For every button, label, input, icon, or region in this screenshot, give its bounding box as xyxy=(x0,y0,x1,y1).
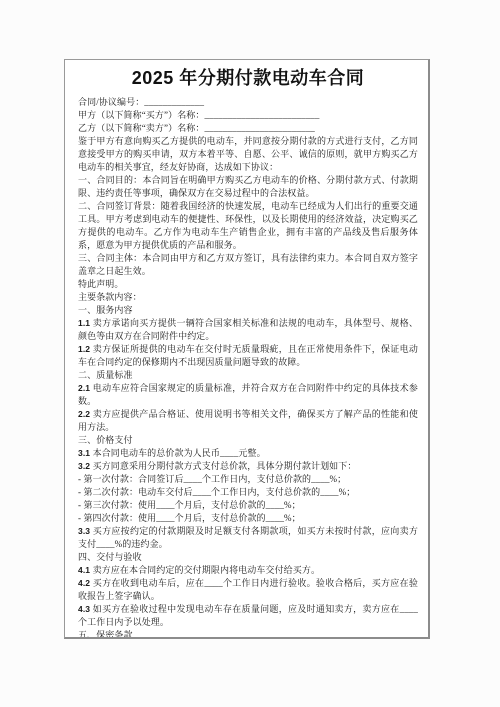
paragraph: 三、价格支付 xyxy=(78,434,418,447)
clause-paragraph: 3.2 买方同意采用分期付款方式支付总价款，具体分期付款计划如下： xyxy=(78,460,418,473)
contract-page: 2025 年分期付款电动车合同 合同/协议编号：_____________甲方（… xyxy=(64,59,430,639)
clause-number: 1.2 xyxy=(78,344,93,354)
paragraph: 合同/协议编号：_____________ xyxy=(78,96,418,109)
clause-number: 3.3 xyxy=(78,526,93,536)
paragraph: 特此声明。 xyxy=(78,278,418,291)
clause-number: 1.1 xyxy=(78,318,93,328)
clause-paragraph: 2.2 卖方应提供产品合格证、使用说明书等相关文件，确保买方了解产品的性能和使用… xyxy=(78,408,418,434)
clause-paragraph: 3.1 本合同电动车的总价款为人民币____元整。 xyxy=(78,447,418,460)
clause-number: 2.2 xyxy=(78,409,93,419)
paragraph: 甲方（以下简称“买方”）名称：_________________________ xyxy=(78,109,418,122)
paragraph: - 第三次付款：使用____个月后，支付总价款的____%； xyxy=(78,499,418,512)
paragraph: 四、交付与验收 xyxy=(78,551,418,564)
clause-paragraph: 1.1 卖方承诺向买方提供一辆符合国家相关标准和法规的电动车，具体型号、规格、颜… xyxy=(78,317,418,343)
clause-number: 4.2 xyxy=(78,578,93,588)
clause-paragraph: 3.3 买方应按约定的付款期限及时足额支付各期款项，如买方未按时付款，应向卖方支… xyxy=(78,525,418,551)
clause-number: 3.2 xyxy=(78,461,93,471)
paragraph: 二、合同签订背景：随着我国经济的快速发展，电动车已经成为人们出行的重要交通工具。… xyxy=(78,200,418,252)
clause-paragraph: 4.2 买方在收到电动车后，应在____个工作日内进行验收。验收合格后，买方应在… xyxy=(78,577,418,603)
clause-number: 4.1 xyxy=(78,565,93,575)
page-title: 2025 年分期付款电动车合同 xyxy=(78,64,418,90)
contract-body: 合同/协议编号：_____________甲方（以下简称“买方”）名称：____… xyxy=(78,96,418,639)
clause-number: 4.3 xyxy=(78,604,93,614)
clause-paragraph: 2.1 电动车应符合国家规定的质量标准，并符合双方在合同附件中约定的具体技术参数… xyxy=(78,382,418,408)
paragraph: 乙方（以下简称“卖方”）名称：________________________ xyxy=(78,122,418,135)
clause-number: 2.1 xyxy=(78,383,93,393)
paragraph: - 第一次付款：合同签订后____个工作日内，支付总价款的____%； xyxy=(78,473,418,486)
clause-paragraph: 4.3 如买方在验收过程中发现电动车存在质量问题，应及时通知卖方，卖方应在___… xyxy=(78,603,418,629)
paragraph: - 第二次付款：电动车交付后____个工作日内，支付总价款的____%； xyxy=(78,486,418,499)
paragraph: 三、合同主体：本合同由甲方和乙方双方签订，具有法律约束力。本合同自双方签字盖章之… xyxy=(78,252,418,278)
paragraph: 一、合同目的：本合同旨在明确甲方购买乙方电动车的价格、分期付款方式、付款期限、违… xyxy=(78,174,418,200)
clause-paragraph: 1.2 卖方保证所提供的电动车在交付时无质量瑕疵，且在正常使用条件下，保证电动车… xyxy=(78,343,418,369)
clause-paragraph: 4.1 卖方应在本合同约定的交付期限内将电动车交付给买方。 xyxy=(78,564,418,577)
paragraph: 鉴于甲方有意向购买乙方提供的电动车，并同意按分期付款的方式进行支付，乙方同意接受… xyxy=(78,135,418,174)
paragraph: - 第四次付款：使用____个月后，支付总价款的____%； xyxy=(78,512,418,525)
clause-number: 3.1 xyxy=(78,448,93,458)
paragraph: 二、质量标准 xyxy=(78,369,418,382)
paragraph: 五、保密条款 xyxy=(78,629,418,639)
paragraph: 一、服务内容 xyxy=(78,304,418,317)
paragraph: 主要条款内容： xyxy=(78,291,418,304)
